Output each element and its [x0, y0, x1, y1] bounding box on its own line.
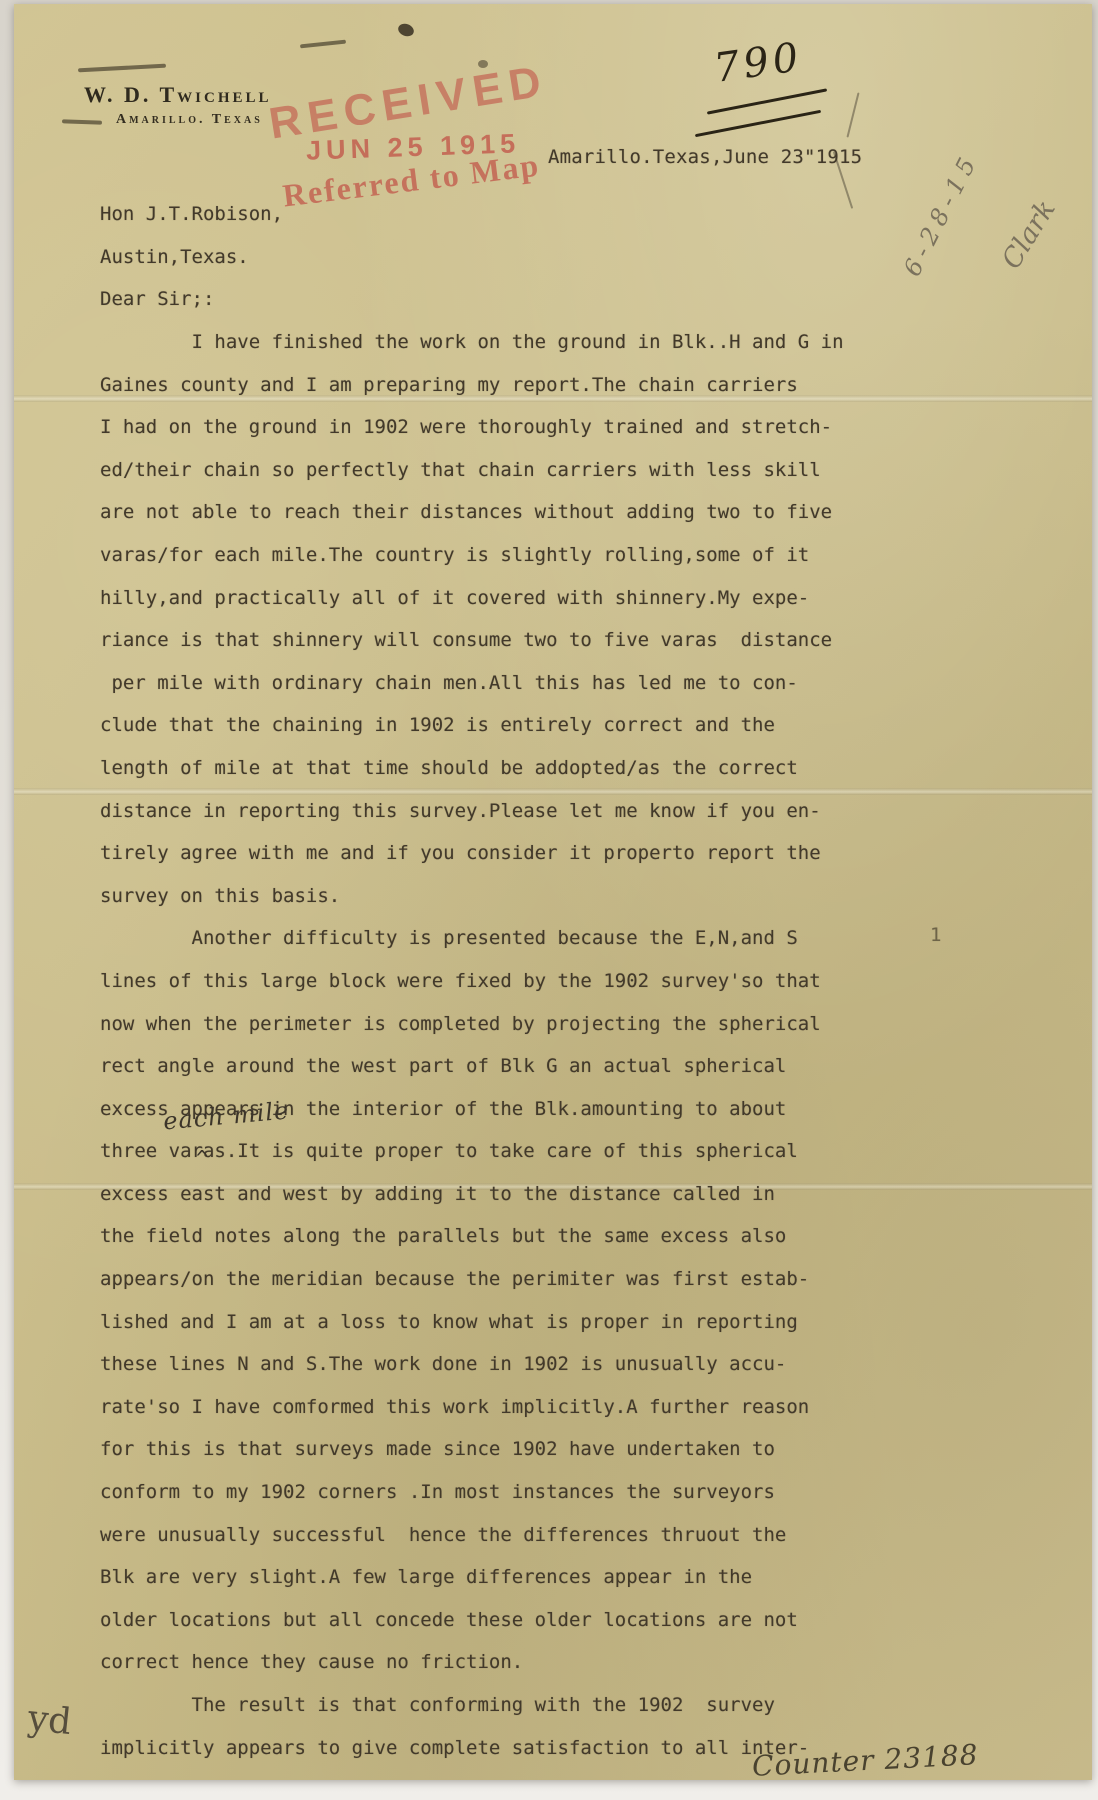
letter-line: are not able to reach their distances wi… [100, 491, 844, 534]
letter-line: distance in reporting this survey.Please… [100, 790, 844, 833]
caret-mark: ^ [196, 1146, 208, 1170]
letter-line: lines of this large block were fixed by … [100, 960, 844, 1003]
letter-line: hilly,and practically all of it covered … [100, 577, 844, 620]
letter-line: were unusually successful hence the diff… [100, 1514, 844, 1557]
letter-line: ed/their chain so perfectly that chain c… [100, 449, 844, 492]
letter-line: implicitly appears to give complete sati… [100, 1727, 844, 1770]
letterhead-name: W. D. Twichell [84, 82, 272, 108]
letter-line: Another difficulty is presented because … [100, 917, 844, 960]
stray-mark: 1 [930, 924, 941, 946]
letter-line: The result is that conforming with the 1… [100, 1684, 844, 1727]
letter-line: the field notes along the parallels but … [100, 1215, 844, 1258]
letter-line: appears/on the meridian because the peri… [100, 1258, 844, 1301]
letter-line: rect angle around the west part of Blk G… [100, 1045, 844, 1088]
letter-line: tirely agree with me and if you consider… [100, 832, 844, 875]
letter-line: varas/for each mile.The country is sligh… [100, 534, 844, 577]
letter-line: now when the perimeter is completed by p… [100, 1003, 844, 1046]
letter-line: conform to my 1902 corners .In most inst… [100, 1471, 844, 1514]
letter-line: three varas.It is quite proper to take c… [100, 1130, 844, 1173]
letter-line: I have finished the work on the ground i… [100, 321, 844, 364]
letterhead-city: Amarillo. Texas [116, 112, 263, 128]
letter-body: I have finished the work on the ground i… [100, 321, 844, 1769]
letter-line: Blk are very slight.A few large differen… [100, 1556, 844, 1599]
date-line: Amarillo.Texas,June 23"1915 [548, 146, 862, 168]
letter-line: rate'so I have comformed this work impli… [100, 1386, 844, 1429]
margin-pencil-mark: yd [26, 1698, 73, 1743]
letter-line: riance is that shinnery will consume two… [100, 619, 844, 662]
letter-line: I had on the ground in 1902 were thoroug… [100, 406, 844, 449]
scanned-letter-page: { "letterhead": { "name": "W. D. Twichel… [0, 0, 1098, 1800]
letter-line: older locations but all concede these ol… [100, 1599, 844, 1642]
letter-line: correct hence they cause no friction. [100, 1641, 844, 1684]
letter-line: survey on this basis. [100, 875, 844, 918]
letter-line: for this is that surveys made since 1902… [100, 1428, 844, 1471]
recipient-block: Hon J.T.Robison, Austin,Texas. Dear Sir;… [100, 193, 283, 321]
letter-line: per mile with ordinary chain men.All thi… [100, 662, 844, 705]
letter-line: these lines N and S.The work done in 190… [100, 1343, 844, 1386]
letter-line: lished and I am at a loss to know what i… [100, 1301, 844, 1344]
letter-line: clude that the chaining in 1902 is entir… [100, 704, 844, 747]
letter-line: excess east and west by adding it to the… [100, 1173, 844, 1216]
letter-line: Gaines county and I am preparing my repo… [100, 364, 844, 407]
letter-line: length of mile at that time should be ad… [100, 747, 844, 790]
